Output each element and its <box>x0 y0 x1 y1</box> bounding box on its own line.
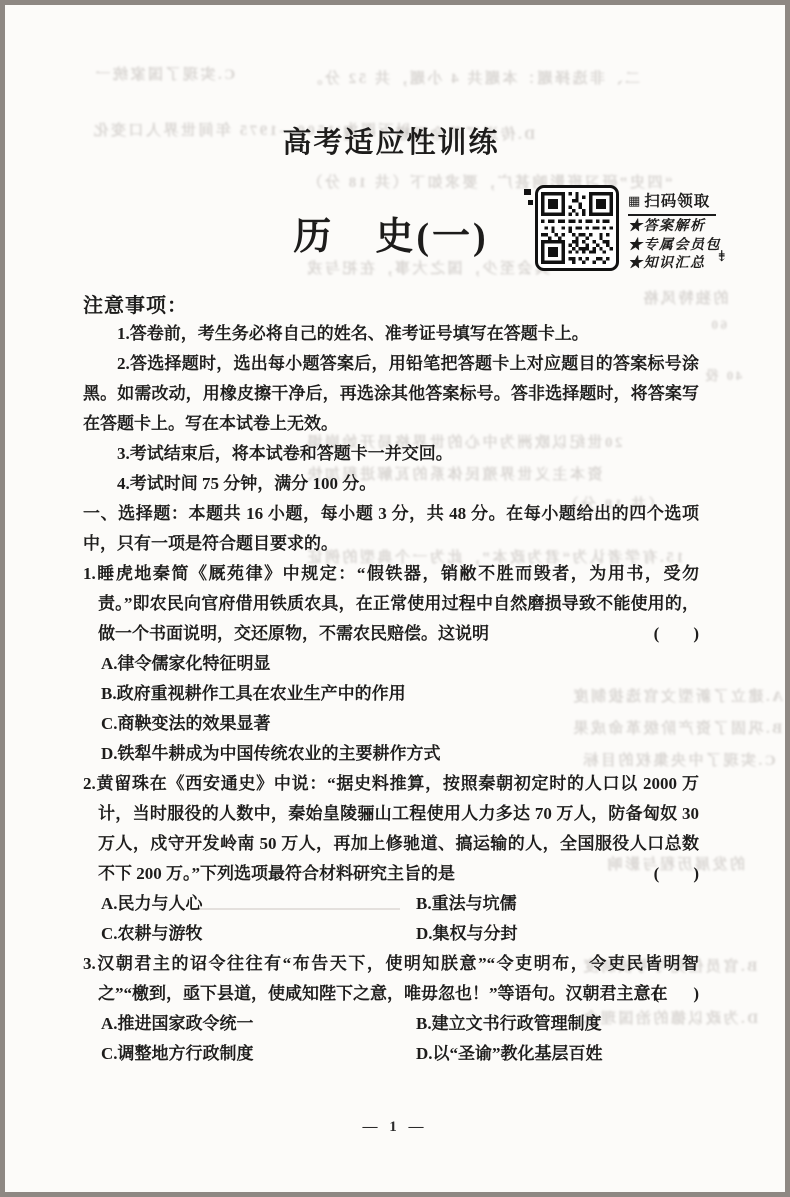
scan-label: 扫码领取 <box>644 189 710 211</box>
divider <box>628 214 716 216</box>
question-1-stem: 1.睡虎地秦简《厩苑律》中规定：“假铁器，销敝不胜而毁者，为用书，受勿责。”即农… <box>83 559 699 649</box>
option-d: D.铁犁牛耕成为中国传统农业的主要耕作方式 <box>101 739 699 769</box>
question-1: 1.睡虎地秦简《厩苑律》中规定：“假铁器，销敝不胜而毁者，为用书，受勿责。”即农… <box>83 559 699 769</box>
option-c: C.调整地方行政制度 <box>101 1039 416 1069</box>
bleedthrough-text: 二、非选择题：本题共 4 小题，共 52 分。 <box>305 67 640 88</box>
notices-heading: 注意事项： <box>83 293 699 319</box>
option-c: C.商鞅变法的效果显著 <box>101 709 699 739</box>
notice-item-4: 4.考试时间 75 分钟，满分 100 分。 <box>83 469 699 499</box>
question-3-options: A.推进国家政令统一 B.建立文书行政管理制度 C.调整地方行政制度 D.以“圣… <box>83 1009 699 1069</box>
option-c: C.农耕与游牧 <box>101 919 416 949</box>
question-3-stem-text: 3.汉朝君主的诏令往往有“布告天下，使明知朕意”“令吏明布，令吏民皆明智之”“檄… <box>83 954 699 1003</box>
question-3-stem: 3.汉朝君主的诏令往往有“布告天下，使明知朕意”“令吏明布，令吏民皆明智之”“檄… <box>83 949 699 1009</box>
option-a: A.民力与人心 <box>101 889 416 919</box>
option-d: D.以“圣谕”教化基层百姓 <box>416 1039 699 1069</box>
notice-item-3: 3.考试结束后，将本试卷和答题卡一并交回。 <box>83 439 699 469</box>
qr-code: ⇟ <box>535 185 619 271</box>
qr-code-block: ⇟ ▦ 扫码领取 ★答案解析 ★专属会员包 ★知识 <box>535 185 721 274</box>
question-2-options: A.民力与人心 B.重法与坑儒 C.农耕与游牧 D.集权与分封 <box>83 889 699 949</box>
question-1-stem-text: 1.睡虎地秦简《厩苑律》中规定：“假铁器，销敝不胜而毁者，为用书，受勿责。”即农… <box>83 564 699 643</box>
scan-icon: ▦ <box>628 194 641 207</box>
answer-bracket: ( ) <box>654 619 699 649</box>
qr-benefit-knowledge: ★知识汇总 <box>628 255 721 274</box>
qr-labels: ▦ 扫码领取 ★答案解析 ★专属会员包 ★知识汇总 <box>628 185 721 274</box>
section-one-header: 一、选择题：本题共 16 小题，每小题 3 分，共 48 分。在每小题给出的四个… <box>83 499 699 559</box>
option-a: A.推进国家政令统一 <box>101 1009 416 1039</box>
qr-code-pattern <box>541 192 613 264</box>
option-b: B.重法与坑儒 <box>416 889 699 919</box>
notice-item-2: 2.答选择题时，选出每小题答案后，用铅笔把答题卡上对应题目的答案标号涂黑。如需改… <box>83 349 699 439</box>
option-b: B.政府重视耕作工具在农业生产中的作用 <box>101 679 699 709</box>
print-mark <box>524 189 531 195</box>
question-2-stem-text: 2.黄留珠在《西安通史》中说：“据史料推算，按照秦朝初定时的人口以 2000 万… <box>83 774 699 883</box>
question-2: 2.黄留珠在《西安通史》中说：“据史料推算，按照秦朝初定时的人口以 2000 万… <box>83 769 699 949</box>
question-2-stem: 2.黄留珠在《西安通史》中说：“据史料推算，按照秦朝初定时的人口以 2000 万… <box>83 769 699 889</box>
answer-bracket: ( ) <box>654 979 699 1009</box>
option-b: B.建立文书行政管理制度 <box>416 1009 699 1039</box>
option-d: D.集权与分封 <box>416 919 699 949</box>
exam-paper-page: 二、非选择题：本题共 4 小题，共 52 分。 C.实现了国家统一 以下图为 1… <box>0 0 790 1197</box>
notice-item-1: 1.答卷前，考生务必将自己的姓名、准考证号填写在答题卡上。 <box>83 319 699 349</box>
page-number: — 1 — <box>5 1119 785 1136</box>
question-1-options: A.律令儒家化特征明显 B.政府重视耕作工具在农业生产中的作用 C.商鞅变法的效… <box>83 649 699 769</box>
option-a: A.律令儒家化特征明显 <box>101 649 699 679</box>
answer-bracket: ( ) <box>654 859 699 889</box>
question-3: 3.汉朝君主的诏令往往有“布告天下，使明知朕意”“令吏明布，令吏民皆明智之”“檄… <box>83 949 699 1069</box>
exam-series-title: 高考适应性训练 <box>83 126 699 160</box>
qr-benefit-member: ★专属会员包 <box>628 237 721 256</box>
print-mark <box>528 200 533 205</box>
qr-benefit-answers: ★答案解析 <box>628 218 721 237</box>
bleedthrough-text: C.实现了国家统一 <box>93 63 235 84</box>
ink-mark: ⇟ <box>715 247 728 266</box>
